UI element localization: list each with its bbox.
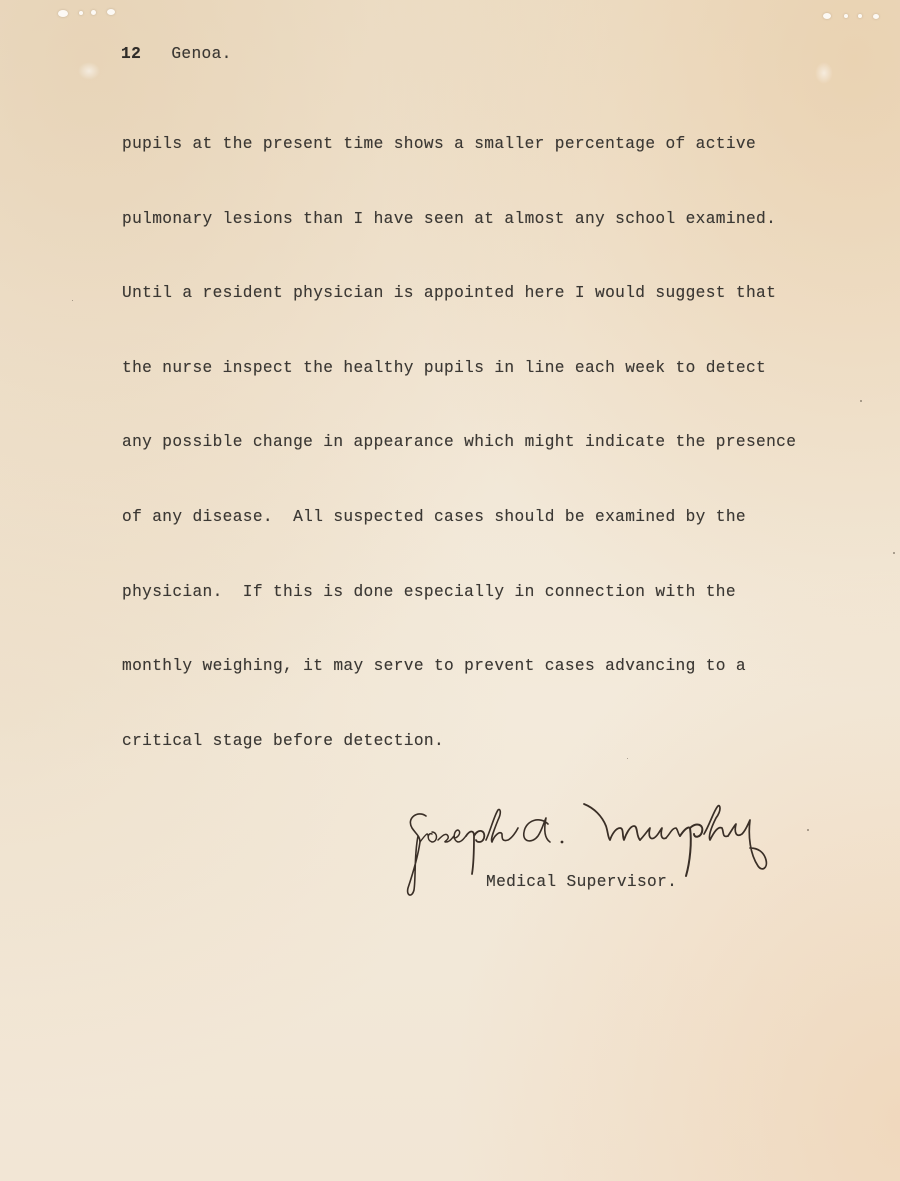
- body-line: monthly weighing, it may serve to preven…: [122, 654, 796, 693]
- body-line: physician. If this is done especially in…: [122, 580, 796, 619]
- body-line: pupils at the present time shows a small…: [122, 132, 796, 171]
- body-line: Until a resident physician is appointed …: [122, 281, 796, 320]
- paper-emboss: [815, 62, 833, 84]
- punch-hole: [58, 10, 68, 17]
- header-location: Genoa.: [171, 45, 231, 63]
- paper-speck: [893, 552, 895, 554]
- body-line: pulmonary lesions than I have seen at al…: [122, 207, 796, 246]
- punch-hole: [107, 9, 115, 15]
- page-header: 12 Genoa.: [121, 45, 232, 63]
- body-line: any possible change in appearance which …: [122, 430, 796, 469]
- body-line: the nurse inspect the healthy pupils in …: [122, 356, 796, 395]
- punch-hole: [873, 14, 879, 19]
- punch-hole: [823, 13, 831, 19]
- paper-emboss: [78, 62, 100, 80]
- paper-speck: [72, 300, 73, 301]
- body-line: critical stage before detection.: [122, 729, 796, 768]
- body-paragraph: pupils at the present time shows a small…: [122, 96, 796, 803]
- signature-title: Medical Supervisor.: [486, 873, 677, 891]
- paper-speck: [860, 400, 862, 402]
- punch-hole: [91, 10, 96, 15]
- punch-hole: [844, 14, 848, 18]
- body-line: of any disease. All suspected cases shou…: [122, 505, 796, 544]
- document-page: 12 Genoa. pupils at the present time sho…: [0, 0, 900, 1181]
- punch-hole: [79, 11, 83, 15]
- punch-hole: [858, 14, 862, 18]
- page-number: 12: [121, 45, 141, 63]
